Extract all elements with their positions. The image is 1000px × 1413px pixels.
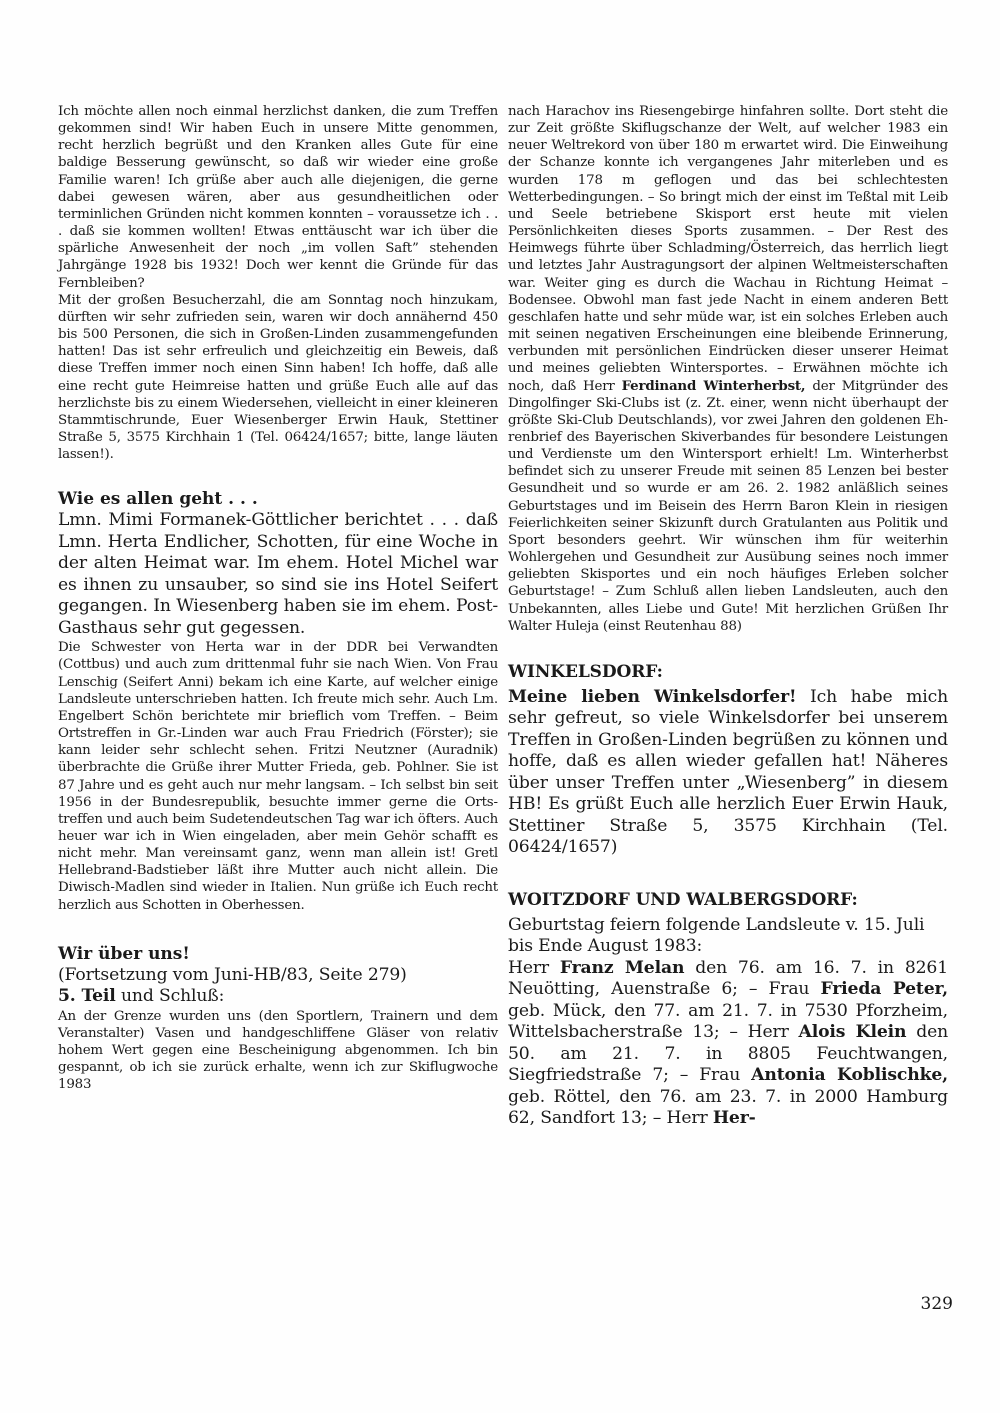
spacer [508, 635, 948, 661]
section-heading-woitzdorf-walbergsdorf: WOITZDORF UND WALBERGSDORF: [508, 889, 948, 911]
winkelsdorf-paragraph: Meine lieben Winkelsdorfer! Ich habe mic… [508, 687, 948, 859]
text-run: Herr [508, 958, 560, 978]
right-column: nach Harachov ins Riesengebirge hinfahre… [508, 103, 948, 1130]
spacer [58, 463, 498, 489]
spacer [508, 859, 948, 889]
person-name: Frieda Pe­ter, [821, 979, 949, 999]
intro-paragraph-1: Ich möchte allen noch einmal herzlichst … [58, 103, 498, 292]
part-label-rest: und Schluß: [116, 986, 225, 1006]
bold-name: Ferdinand Winterherbst, [622, 378, 806, 394]
continuation-paragraph: nach Harachov ins Riesengebirge hinfahre… [508, 103, 948, 635]
document-page: Ich möchte allen noch einmal herzlichst … [0, 0, 1000, 1413]
spacer [58, 914, 498, 944]
text-run: Ich habe mich sehr gefreut, so viele Win… [508, 687, 948, 858]
text-run: nach Harachov ins Riesengebirge hinfahre… [508, 104, 948, 394]
part-label-bold: 5. Teil [58, 986, 116, 1006]
section-heading-wie-es-allen-geht: Wie es allen geht . . . [58, 489, 498, 510]
page-number: 329 [905, 1294, 953, 1314]
person-name: Antonia Koblischke, [751, 1065, 948, 1085]
person-name: Alois Klein [799, 1022, 907, 1042]
continuation-note: (Fortsetzung vom Juni-HB/83, Seite 279) [58, 965, 498, 987]
text-run: der Mit­gründer des Dingolfinger Ski-Clu… [508, 379, 948, 634]
section-body-paragraph: Die Schwester von Herta war in der DDR b… [58, 639, 498, 914]
section-heading-wir-ueber-uns: Wir über uns! [58, 944, 498, 965]
person-name: Franz Melan [560, 958, 684, 978]
birthday-intro: Geburtstag feiern folgende Landsleute v.… [508, 915, 948, 958]
person-name: Her- [713, 1108, 756, 1128]
left-column: Ich möchte allen noch einmal herzlichst … [58, 103, 498, 1094]
section-heading-winkelsdorf: WINKELSDORF: [508, 661, 948, 683]
section-lead-paragraph: Lmn. Mimi Formanek-Göttlicher berich­tet… [58, 510, 498, 639]
salutation-bold: Meine lieben Winkelsdorfer! [508, 687, 796, 707]
section-body-paragraph: An der Grenze wurden uns (den Sportlern,… [58, 1008, 498, 1094]
intro-paragraph-2: Mit der großen Besucherzahl, die am Sonn… [58, 292, 498, 464]
part-label: 5. Teil und Schluß: [58, 986, 498, 1008]
birthday-list: Herr Franz Melan den 76. am 16. 7. in 82… [508, 958, 948, 1130]
